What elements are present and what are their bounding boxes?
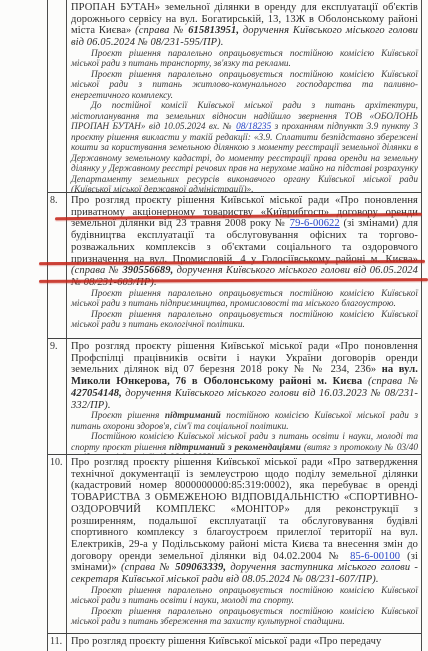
- item-content: Про розгляд проєкту рішення Київської мі…: [67, 193, 421, 338]
- text-segment: Проєкт рішення паралельно опрацьовується…: [71, 607, 418, 628]
- item-number: 8.: [48, 193, 67, 338]
- agenda-row: 11.Про розгляд проєкту рішення Київської…: [48, 634, 421, 651]
- text-segment: доручення Київського міського голови від…: [71, 388, 418, 411]
- text-segment: підтриманий з рекомендаціями: [169, 443, 301, 453]
- case-number-link[interactable]: 85-6-00100: [350, 551, 400, 562]
- item-content: ПРОПАН БУТАН» земельної ділянки в оренду…: [67, 0, 421, 192]
- agenda-row: 10.Про розгляд проєкту рішення Київської…: [48, 455, 421, 634]
- text-segment: Проєкт рішення паралельно опрацьовується…: [71, 289, 418, 310]
- text-segment: 509063339,: [175, 562, 226, 573]
- commission-note: До постійної комісії Київської міської р…: [71, 101, 418, 193]
- commission-note: Проєкт рішення паралельно опрацьовується…: [71, 310, 418, 331]
- agenda-table: ПРОПАН БУТАН» земельної ділянки в оренду…: [47, 0, 422, 651]
- item-content: Про розгляд проєкту рішення Київської мі…: [67, 339, 421, 454]
- text-segment: 427054148,: [71, 388, 122, 399]
- agenda-row: ПРОПАН БУТАН» земельної ділянки в оренду…: [48, 0, 421, 193]
- commission-note: Проєкт рішення паралельно опрацьовується…: [71, 70, 418, 102]
- commission-note: Проєкт рішення паралельно опрацьовується…: [71, 49, 418, 70]
- item-number: 11.: [48, 634, 67, 651]
- item-text: Про розгляд проєкту рішення Київської мі…: [71, 457, 418, 586]
- text-segment: (справа №: [368, 376, 418, 387]
- text-segment: (справа №: [135, 25, 188, 36]
- text-segment: Проєкт рішення паралельно опрацьовується…: [71, 70, 418, 101]
- item-number: 10.: [48, 455, 67, 633]
- text-segment: Про розгляд проєкту рішення Київської мі…: [71, 457, 418, 562]
- item-text: Про розгляд проєкту рішення Київської мі…: [71, 636, 418, 648]
- text-segment: (справа №: [121, 562, 175, 573]
- text-segment: з проханням підпункт 3.9 пункту 3 проєкт…: [71, 122, 418, 193]
- agenda-row: 8.Про розгляд проєкту рішення Київської …: [48, 193, 421, 339]
- item-number: [48, 0, 67, 192]
- text-segment: Про розгляд проєкту рішення Київської мі…: [71, 341, 418, 375]
- item-text: Про розгляд проєкту рішення Київської мі…: [71, 341, 418, 411]
- commission-note: Постійною комісією Київської міської рад…: [71, 432, 418, 455]
- item-content: Про розгляд проєкту рішення Київської мі…: [67, 634, 421, 651]
- commission-note: Проєкт рішення паралельно опрацьовується…: [71, 289, 418, 310]
- commission-note: Проєкт рішення паралельно опрацьовується…: [71, 607, 418, 628]
- item-number: 9.: [48, 339, 67, 454]
- text-segment: Проєкт рішення паралельно опрацьовується…: [71, 586, 418, 607]
- text-segment: 390556689,: [122, 265, 173, 276]
- commission-note: Проєкт рішення підтриманий постійною ком…: [71, 411, 418, 432]
- agenda-row: 9.Про розгляд проєкту рішення Київської …: [48, 339, 421, 455]
- case-number-link[interactable]: 08/18235: [236, 122, 271, 132]
- text-segment: Про розгляд проєкту рішення Київської мі…: [71, 636, 381, 647]
- commission-note: Проєкт рішення паралельно опрацьовується…: [71, 586, 418, 607]
- text-segment: 615813951,: [188, 25, 239, 36]
- text-segment: Проєкт рішення паралельно опрацьовується…: [71, 49, 418, 70]
- text-segment: (справа №: [71, 265, 122, 276]
- case-number-link[interactable]: 79-6-00622: [290, 218, 340, 229]
- text-segment: підтриманий: [165, 411, 221, 421]
- text-segment: Проєкт рішення: [91, 411, 165, 421]
- document-page: ПРОПАН БУТАН» земельної ділянки в оренду…: [0, 0, 428, 651]
- item-content: Про розгляд проєкту рішення Київської мі…: [67, 455, 421, 633]
- item-text: ПРОПАН БУТАН» земельної ділянки в оренду…: [71, 2, 418, 49]
- text-segment: Проєкт рішення паралельно опрацьовується…: [71, 310, 418, 331]
- item-text: Про розгляд проєкту рішення Київської мі…: [71, 195, 418, 289]
